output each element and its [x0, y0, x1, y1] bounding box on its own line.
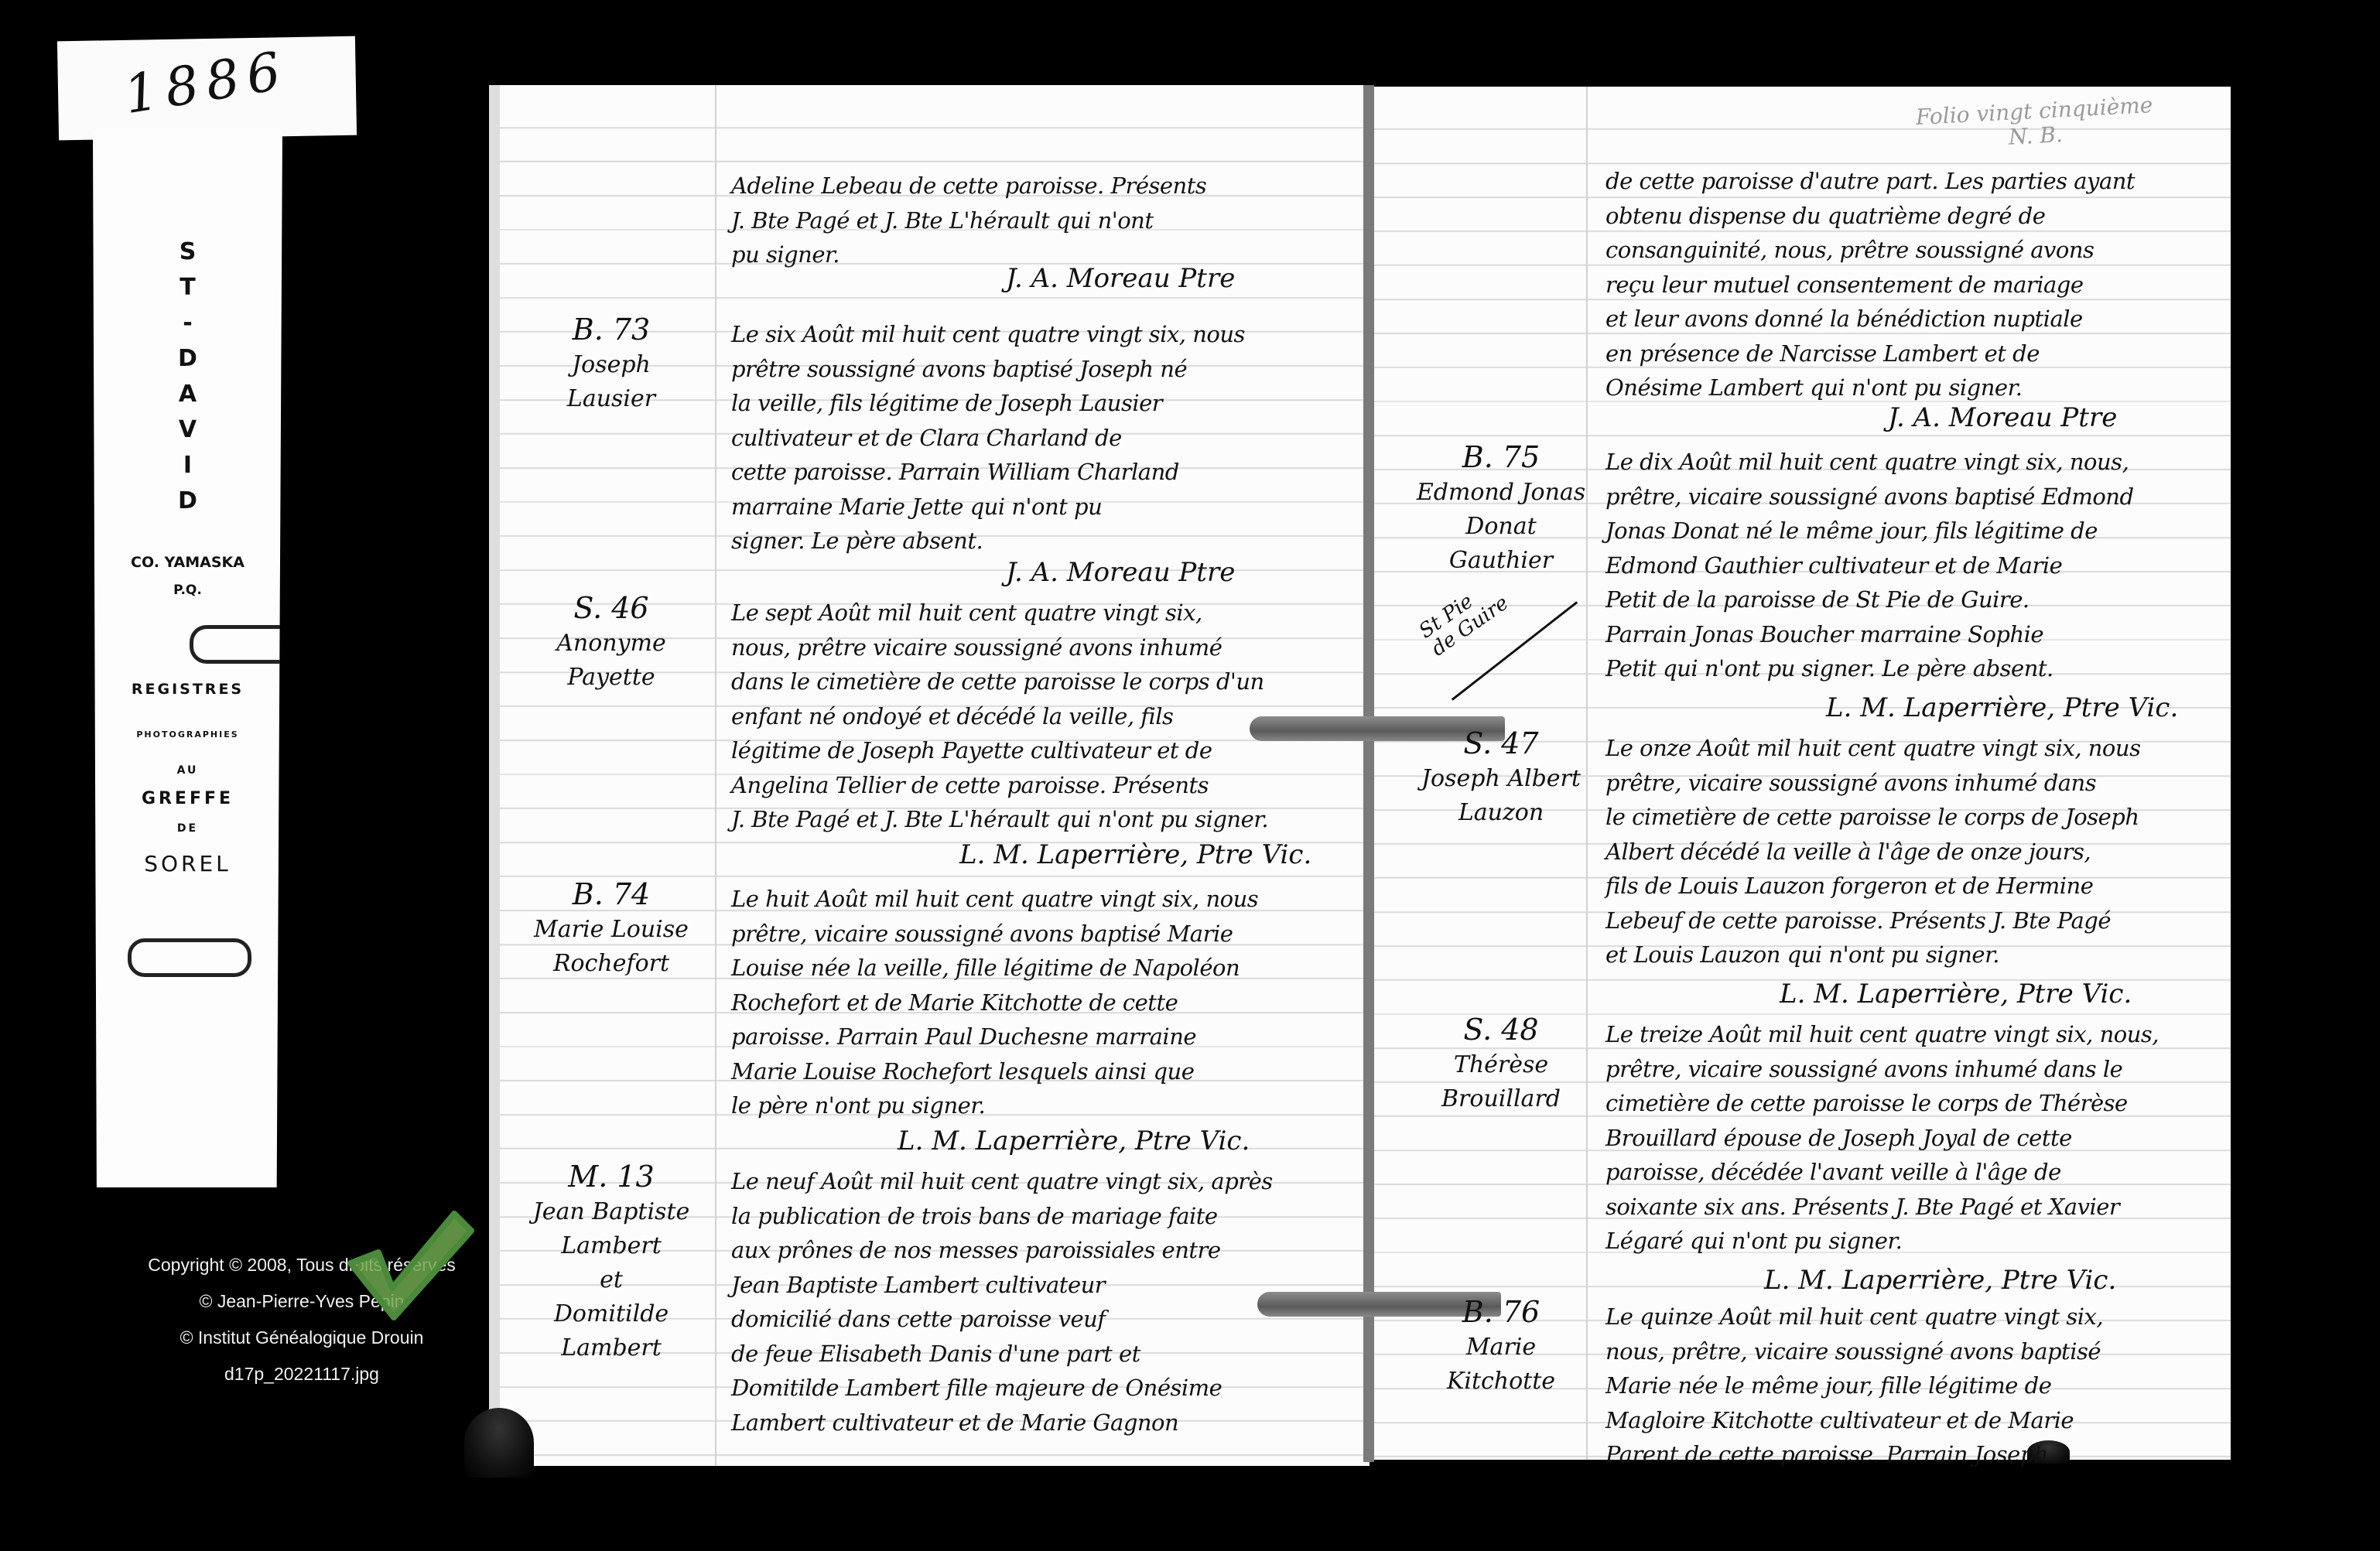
- entry-person-name: Brouillard: [1393, 1082, 1609, 1116]
- entry-text: Le dix Août mil huit cent quatre vingt s…: [1605, 445, 2134, 686]
- entry-text: Le neuf Août mil huit cent quatre vingt …: [731, 1164, 1273, 1440]
- entry-code: S. 48: [1393, 1013, 1609, 1047]
- entry-person-name: Anonyme: [511, 627, 712, 661]
- entry-code: M. 13: [511, 1160, 712, 1194]
- entry-margin-label: B. 75Edmond Jonas DonatGauthier: [1393, 440, 1609, 578]
- entry-person-name: Gauthier: [1393, 544, 1609, 578]
- entry-person-name: Domitilde: [511, 1297, 712, 1331]
- entry-person-name: Lambert: [511, 1229, 712, 1263]
- entry-margin-label: B. 74Marie LouiseRochefort: [511, 877, 712, 981]
- entry-person-name: Edmond Jonas Donat: [1393, 476, 1609, 544]
- priest-signature: L. M. Laperrière, Ptre Vic.: [959, 839, 1311, 870]
- entry-person-name: Rochefort: [511, 947, 712, 981]
- entry-person-name: Lambert: [511, 1331, 712, 1365]
- entry-code: S. 46: [511, 591, 712, 625]
- entry-code: B. 75: [1393, 440, 1609, 474]
- page-corner-note: Folio vingt cinquième N. B.: [1872, 91, 2199, 157]
- entry-text: Le huit Août mil huit cent quatre vingt …: [731, 882, 1258, 1123]
- handwritten-entries: Adeline Lebeau de cette paroisse. Présen…: [0, 0, 2380, 1551]
- entry-person-name: Joseph: [511, 348, 712, 382]
- entry-person-name: et: [511, 1263, 712, 1297]
- entry-text: Le six Août mil huit cent quatre vingt s…: [731, 317, 1245, 559]
- priest-signature: L. M. Laperrière, Ptre Vic.: [1826, 692, 2178, 723]
- entry-code: S. 47: [1393, 726, 1609, 760]
- entry-person-name: Kitchotte: [1393, 1365, 1609, 1399]
- entry-person-name: Marie Louise: [511, 913, 712, 947]
- entry-person-name: Lauzon: [1393, 796, 1609, 830]
- entry-text: Le treize Août mil huit cent quatre ving…: [1605, 1017, 2159, 1259]
- priest-signature: L. M. Laperrière, Ptre Vic.: [898, 1126, 1250, 1156]
- entry-person-name: Joseph Albert: [1393, 762, 1609, 796]
- priest-signature: L. M. Laperrière, Ptre Vic.: [1780, 979, 2132, 1010]
- entry-margin-label: S. 46AnonymePayette: [511, 591, 712, 695]
- entry-person-name: Payette: [511, 661, 712, 695]
- entry-code: B. 74: [511, 877, 712, 911]
- entry-margin-label: M. 13Jean BaptisteLambertetDomitildeLamb…: [511, 1160, 712, 1365]
- entry-margin-label: B. 76MarieKitchotte: [1393, 1295, 1609, 1399]
- entry-text: Le onze Août mil huit cent quatre vingt …: [1605, 731, 2140, 972]
- priest-signature: J. A. Moreau Ptre: [1888, 402, 2117, 433]
- entry-margin-label: S. 47Joseph AlbertLauzon: [1393, 726, 1609, 830]
- entry-margin-label: S. 48ThérèseBrouillard: [1393, 1013, 1609, 1116]
- entry-person-name: Lausier: [511, 382, 712, 416]
- entry-code: B. 76: [1393, 1295, 1609, 1329]
- entry-text: Adeline Lebeau de cette paroisse. Présen…: [731, 169, 1206, 272]
- entry-code: B. 73: [511, 313, 712, 347]
- entry-text: Le quinze Août mil huit cent quatre ving…: [1605, 1300, 2103, 1472]
- entry-person-name: Thérèse: [1393, 1048, 1609, 1082]
- priest-signature: J. A. Moreau Ptre: [1006, 263, 1235, 294]
- entry-text: Le sept Août mil huit cent quatre vingt …: [731, 596, 1268, 837]
- priest-signature: J. A. Moreau Ptre: [1006, 557, 1235, 588]
- priest-signature: L. M. Laperrière, Ptre Vic.: [1764, 1265, 2116, 1296]
- entry-text: de cette paroisse d'autre part. Les part…: [1605, 164, 2135, 405]
- entry-person-name: Marie: [1393, 1331, 1609, 1365]
- entry-person-name: Jean Baptiste: [511, 1195, 712, 1229]
- entry-margin-label: B. 73JosephLausier: [511, 313, 712, 416]
- margin-annotation: St Pie de Guire: [1415, 574, 1512, 660]
